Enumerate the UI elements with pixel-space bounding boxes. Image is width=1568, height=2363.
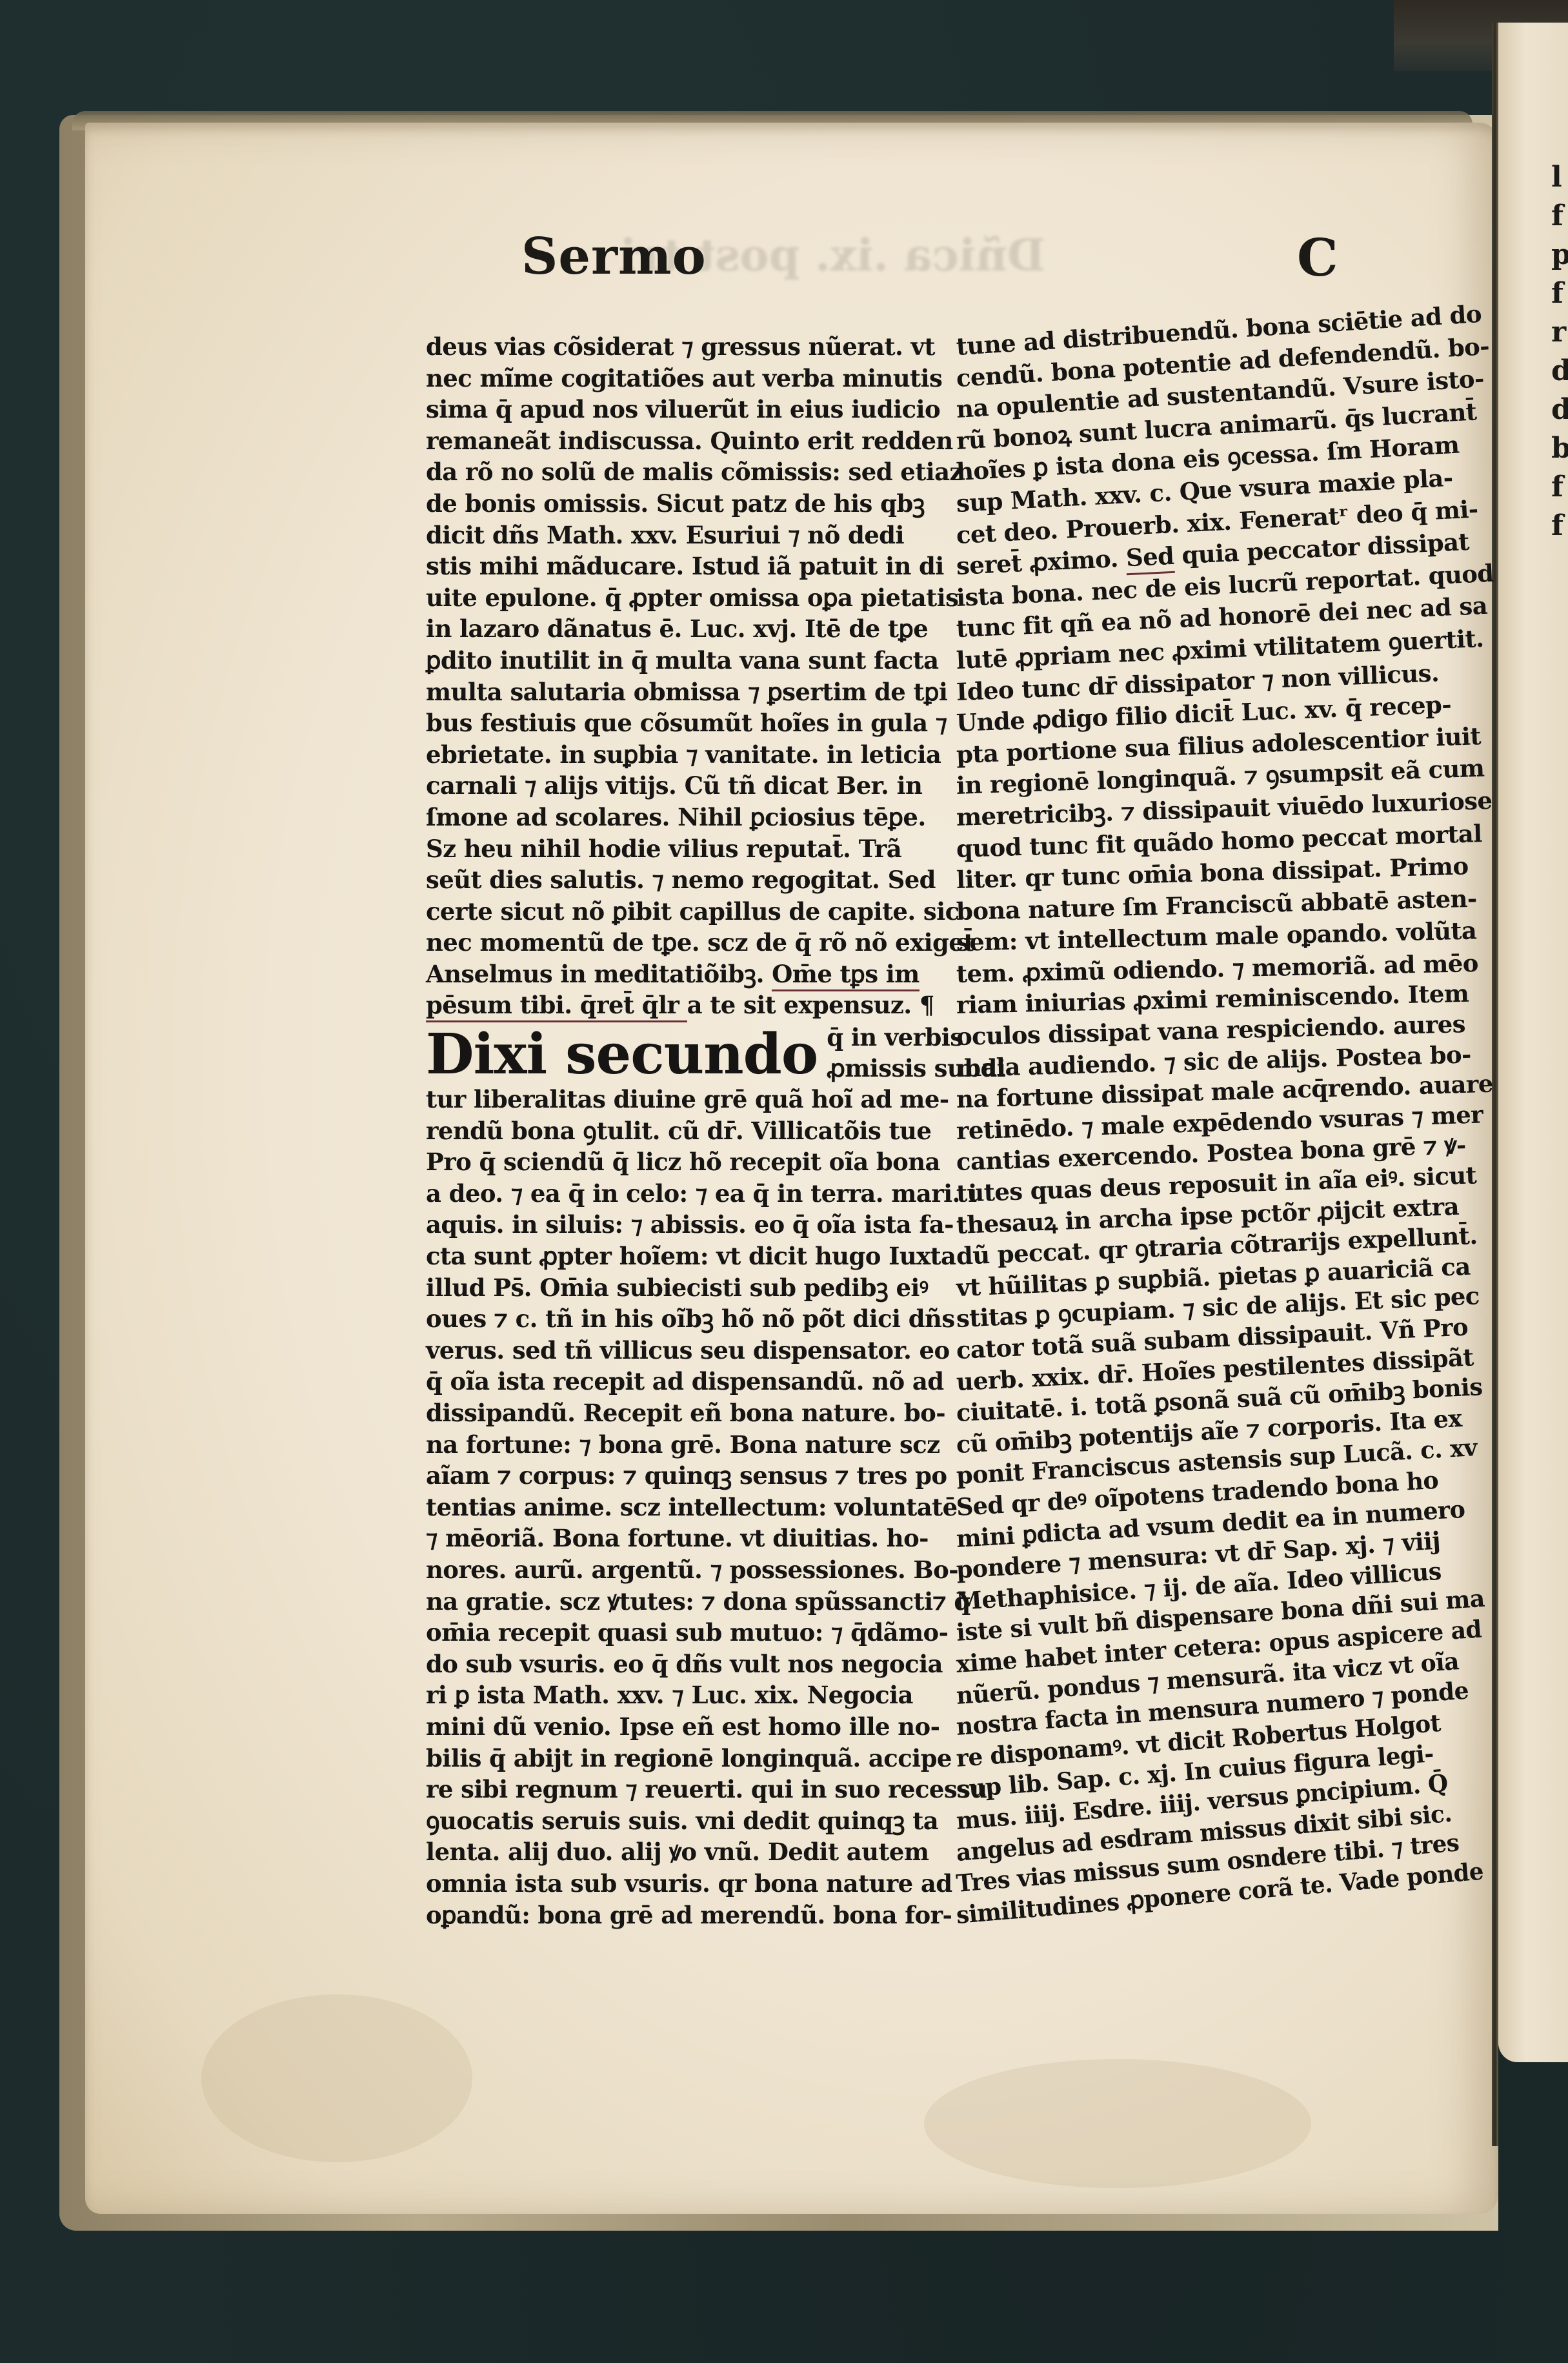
text-line: carnali ⁊ alijs vitijs. Cũ tñ dicat Ber.… [426,770,942,802]
text-line: ⁊ mēoriã. Bona fortune. vt diuitias. ho- [426,1523,942,1554]
text-line: tur liberalitas diuine grē quã hoĩ ad me… [426,1084,942,1115]
heading-large-text: Dixi secundo [426,1026,818,1084]
text-line: cta sunt ꝓpter hoĩem: vt dicit hugo Iuxt… [426,1241,942,1272]
show-through-text: Dñica .ix. post tri [619,230,1045,281]
text-line: do sub vsuris. eo q̄ dñs vult nos negoci… [426,1648,942,1680]
text-line: oꝑandũ: bona grē ad merendũ. bona for- [426,1900,942,1931]
text-line: aquis. in siluis: ⁊ abissis. eo q̄ oĩa i… [426,1209,942,1241]
text-column-left: deus vias cõsiderat ⁊ gressus nũerat. vt… [426,331,942,1931]
text-line: uite epulone. q̄ ꝓpter omissa oꝑa pietat… [426,582,942,614]
text-line: ebrietate. in suꝑbia ⁊ vanitate. in leti… [426,739,942,771]
text-line: nec mĩme cogitatiões aut verba minutis [426,363,942,394]
paper-stain [924,2059,1311,2188]
text-line: illud Ps̄. Om̄ia subiecisti sub pedibꝫ e… [426,1272,942,1304]
text-column-right: tune ad distribuendũ. bona sciētie ad do… [956,331,1460,1931]
text-line: tentias anime. scz intellectum: voluntat… [426,1492,942,1523]
text-line: pēsum tibi. q̄ret̄ q̄lr a te sit expensu… [426,989,942,1021]
text-line: stis mihi mãducare. Istud iã patuit in d… [426,551,942,582]
text-line: dissipandũ. Recepit eñ bona nature. bo- [426,1397,942,1429]
text-line: ꝑdito inutilit in q̄ multa vana sunt fac… [426,645,942,676]
section-heading: Dixi secundo q̄ in verbis ꝓmissis subdi [426,1021,942,1084]
text-line: bus festiuis que cõsumũt hoĩes in gula ⁊ [426,707,942,739]
text-line: omnia ista sub vsuris. qr bona nature ad [426,1868,942,1900]
gathering-signature: C [1297,227,1338,288]
text-line: verus. sed tñ villicus seu dispensator. … [426,1335,942,1366]
text-line: ſmone ad scolares. Nihil ꝑciosius tēꝑe. [426,802,942,833]
text-line: remaneãt indiscussa. Quinto erit redden [426,425,942,457]
text-line: Sz heu nihil hodie vilius reputat̄. Trã [426,833,942,865]
text-line: ri ꝑ ista Math. xxv. ⁊ Luc. xix. Negocia [426,1679,942,1711]
text-line: oues ⁊ c. tñ in his oĩbꝫ hõ nõ põt dici … [426,1303,942,1335]
text-line: mini dũ venio. Ipse eñ est homo ille no- [426,1711,942,1743]
text-line: multa salutaria obmissa ⁊ ꝑsertim de tꝑi [426,676,942,708]
text-line: in lazaro dãnatus ē. Luc. xvj. Itē de tꝑ… [426,613,942,645]
text-line: seũt dies salutis. ⁊ nemo regogitat. Sed [426,864,942,896]
text-line: da rõ no solũ de malis cõmissis: sed eti… [426,456,942,488]
text-line: rendũ bona ꝯtulit. cũ dr̄. Villicatõis t… [426,1115,942,1147]
text-line: Pro q̄ sciendũ q̄ licz hõ recepit oĩa bo… [426,1146,942,1178]
text-line: nores. aurũ. argentũ. ⁊ possessiones. Bo… [426,1554,942,1586]
adjacent-page: l f p f r d d b f f [1498,23,1568,2062]
text-line: na gratie. scz ꝟtutes: ⁊ dona spũssancti… [426,1586,942,1618]
text-line: dicit dñs Math. xxv. Esuriui ⁊ nõ dedi [426,520,942,551]
text-line: de bonis omissis. Sicut patz de his qbꝫ [426,488,942,520]
right-column-lines: tune ad distribuendũ. bona sciētie ad do… [956,331,1460,1931]
text-line: Anselmus in meditatiõibꝫ. Om̄e tꝑs im [426,958,942,990]
text-line: sima q̄ apud nos viluerũt in eius iudici… [426,394,942,425]
text-line: nec momentũ de tꝑe. scz de q̄ rõ nõ exig… [426,927,942,958]
underlined-text: pēsum tibi. q̄ret̄ q̄lr [426,991,687,1022]
left-column-lines-before: deus vias cõsiderat ⁊ gressus nũerat. vt… [426,331,942,1021]
text-line: q̄ oĩa ista recepit ad dispensandũ. nõ a… [426,1366,942,1397]
running-head: Sermo Dñica .ix. post tri C [0,227,1568,298]
left-column-lines-after: tur liberalitas diuine grē quã hoĩ ad me… [426,1084,942,1931]
text-line: re sibi regnum ⁊ reuerti. qui in suo rec… [426,1774,942,1805]
paper-stain [201,1994,472,2162]
text-line: aĩam ⁊ corpus: ⁊ quinqꝫ sensus ⁊ tres po [426,1460,942,1492]
text-line: deus vias cõsiderat ⁊ gressus nũerat. vt [426,331,942,363]
text-line: om̄ia recepit quasi sub mutuo: ⁊ q̄dãmo- [426,1617,942,1648]
text-line: ꝯuocatis seruis suis. vni dedit quinqꝫ t… [426,1805,942,1837]
underlined-text: Om̄e tꝑs im [772,960,920,991]
text-line: certe sicut nõ ꝑibit capillus de capite.… [426,896,942,928]
adjacent-page-text: l f p f r d d b f f [1551,158,1568,545]
text-line: a deo. ⁊ ea q̄ in celo: ⁊ ea q̄ in terra… [426,1178,942,1210]
text-line: na fortune: ⁊ bona grē. Bona nature scz [426,1429,942,1461]
text-line: bilis q̄ abijt in regionē longinquã. acc… [426,1743,942,1774]
text-line: lenta. alij duo. alij ꝟo vnũ. Dedit aute… [426,1836,942,1868]
underlined-text: Sed [1125,542,1175,576]
